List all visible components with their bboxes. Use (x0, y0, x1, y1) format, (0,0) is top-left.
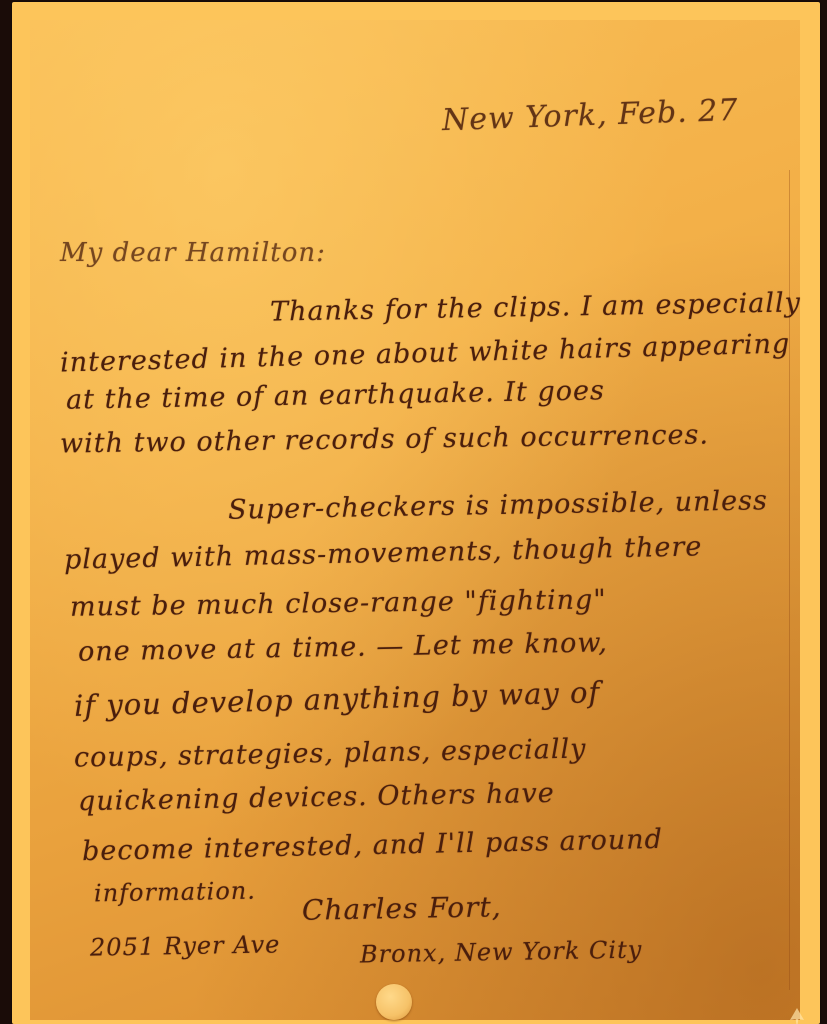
photo-print: New York, Feb. 27 My dear Hamilton: Than… (12, 2, 820, 1024)
salutation: My dear Hamilton: (60, 238, 326, 268)
letter-line: Super-checkers is impossible, unless (228, 485, 768, 525)
rivet-hole-icon (376, 984, 412, 1020)
letter-line: quickening devices. Others have (78, 778, 555, 817)
letter-line: at the time of an earthquake. It goes (66, 375, 605, 415)
scratch-mark-icon (790, 1008, 804, 1024)
letter-photograph: New York, Feb. 27 My dear Hamilton: Than… (30, 20, 800, 1020)
letter-line: Thanks for the clips. I am especially (270, 287, 801, 327)
letter-line: become interested, and I'll pass around (82, 824, 663, 867)
signature: Charles Fort, (302, 890, 502, 926)
letter-line: coups, strategies, plans, especially (74, 734, 587, 774)
letter-line: interested in the one about white hairs … (60, 328, 791, 378)
letter-line: played with mass-movements, though there (64, 531, 703, 575)
letter-line: information. (94, 877, 256, 908)
address-city: Bronx, New York City (360, 936, 643, 969)
letter-line: if you develop anything by way of (74, 675, 601, 723)
dateline: New York, Feb. 27 (441, 93, 738, 138)
letter-line: one move at a time. — Let me know, (78, 627, 608, 667)
letter-line: with two other records of such occurrenc… (60, 419, 709, 459)
address-street: 2051 Ryer Ave (90, 930, 281, 961)
letter-line: must be much close-range "fighting" (70, 584, 607, 622)
